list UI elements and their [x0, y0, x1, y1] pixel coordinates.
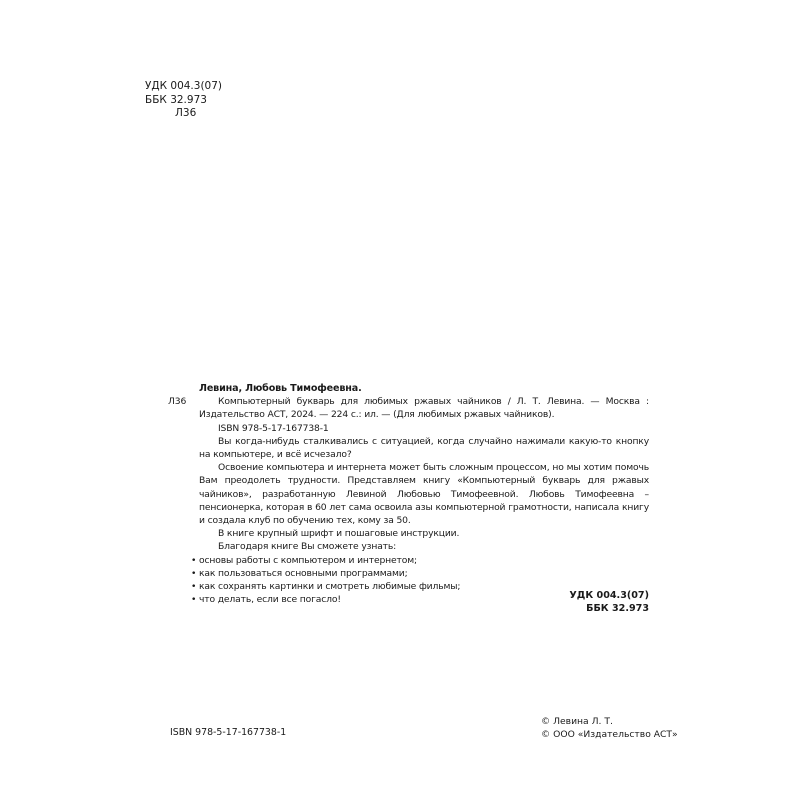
copyright-publisher: © ООО «Издательство АСТ» [541, 728, 678, 741]
author-name: Левина, Любовь Тимофеевна. [199, 382, 649, 395]
bbk-code: ББК 32.973 [569, 602, 649, 615]
udk-code: УДК 004.3(07) [569, 589, 649, 602]
annotation-paragraph: В книге крупный шрифт и пошаговые инстру… [199, 527, 649, 540]
list-item: •как пользоваться основными программами; [191, 567, 649, 580]
bullet-icon: • [191, 593, 196, 606]
author-mark-code: Л36 [145, 107, 222, 121]
copyright-author: © Левина Л. Т. [541, 715, 678, 728]
list-item: •основы работы с компьютером и интернето… [191, 554, 649, 567]
bullet-icon: • [191, 580, 196, 593]
bullet-icon: • [191, 554, 196, 567]
bibliographic-record: Л36 Левина, Любовь Тимофеевна. Компьютер… [199, 382, 649, 606]
udk-code: УДК 004.3(07) [145, 80, 222, 94]
annotation-paragraph: Вы когда-нибудь сталкивались с ситуацией… [199, 435, 649, 461]
isbn: ISBN 978-5-17-167738-1 [199, 422, 649, 435]
classification-footer: УДК 004.3(07) ББК 32.973 [569, 589, 649, 615]
copyright-block: © Левина Л. Т. © ООО «Издательство АСТ» [541, 715, 678, 741]
bullet-icon: • [191, 567, 196, 580]
footer-isbn: ISBN 978-5-17-167738-1 [170, 727, 286, 738]
author-mark: Л36 [168, 395, 186, 408]
bibliographic-description: Компьютерный букварь для любимых ржавых … [199, 395, 649, 421]
classification-header: УДК 004.3(07) ББК 32.973 Л36 [145, 80, 222, 121]
annotation-paragraph: Благодаря книге Вы сможете узнать: [199, 540, 649, 553]
annotation-paragraph: Освоение компьютера и интернета может бы… [199, 461, 649, 527]
bbk-code: ББК 32.973 [145, 94, 222, 108]
